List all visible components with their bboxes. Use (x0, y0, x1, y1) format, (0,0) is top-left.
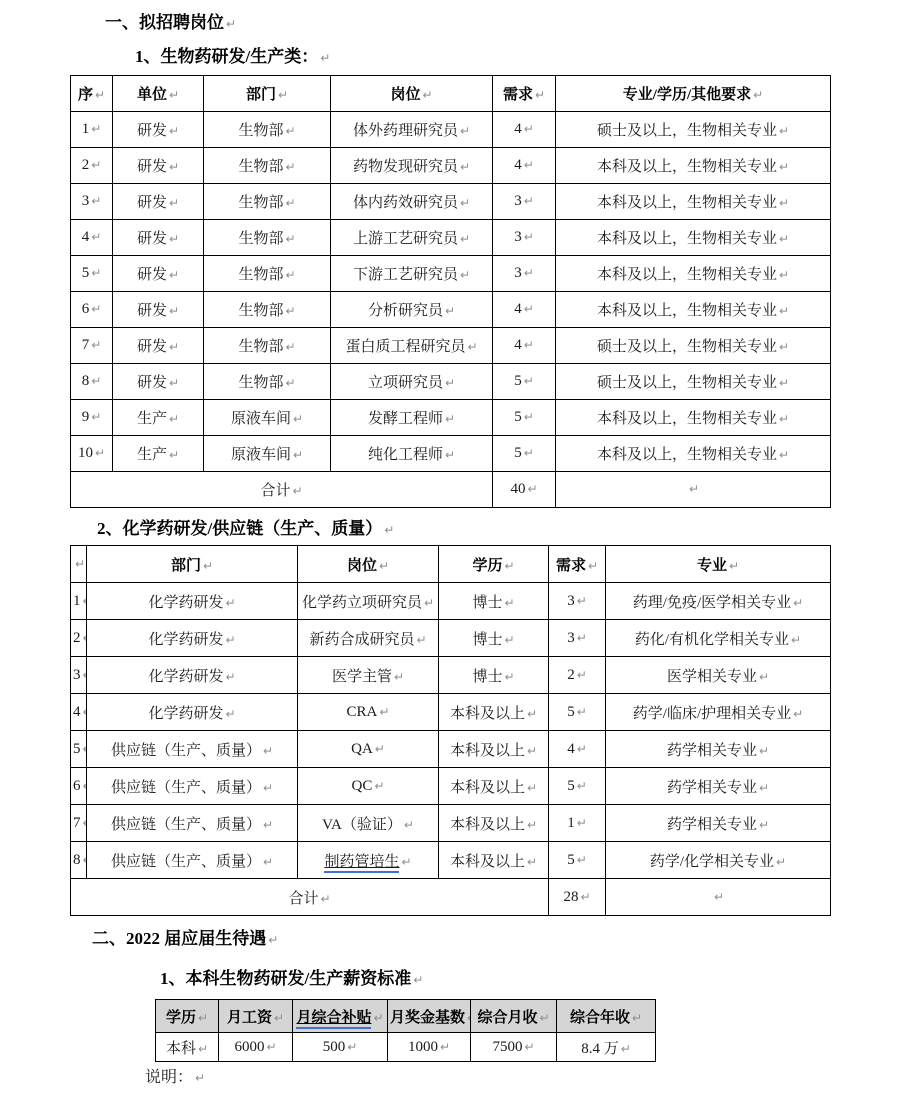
table-cell: 化学药研发↵ (87, 657, 298, 694)
table-cell: 本科及以上，生物相关专业↵ (556, 148, 831, 184)
cell-text: 3 (567, 630, 575, 646)
cell-text: 5 (514, 409, 522, 425)
cell-text: QA (351, 741, 373, 757)
cell-text: 供应链（生产、质量） (111, 743, 261, 759)
table-cell: 3↵ (71, 657, 87, 694)
table-cell: 发酵工程师↵ (331, 400, 493, 436)
sub2-heading-text: 2、化学药研发/供应链（生产、质量） (97, 519, 382, 538)
section2-heading-text: 二、2022 届应届生待遇 (92, 929, 266, 948)
paragraph-mark: ↵ (83, 631, 87, 645)
paragraph-mark: ↵ (779, 412, 789, 426)
total-row: 合计↵ 28↵ ↵ (71, 879, 831, 916)
table-row: 本科↵6000↵500↵1000↵7500↵8.4 万↵ (156, 1033, 656, 1062)
paragraph-mark: ↵ (524, 338, 534, 352)
table-cell: 体内药效研究员↵ (331, 184, 493, 220)
header-cell: 月奖金基数↵ (388, 1000, 471, 1033)
cell-text: 医学相关专业 (667, 669, 757, 685)
table-cell: 研发↵ (113, 220, 204, 256)
header-cell: 需求↵ (549, 546, 606, 583)
paragraph-mark: ↵ (83, 853, 87, 867)
paragraph-mark: ↵ (285, 304, 295, 318)
cell-text: 药学相关专业 (667, 743, 757, 759)
cell-text: 4 (514, 337, 522, 353)
cell-text: 药理/免疫/医学相关专业 (633, 595, 791, 611)
cell-text: 硕士及以上，生物相关专业 (597, 123, 777, 139)
table-cell: 生物部↵ (204, 328, 331, 364)
total-value: 28 (563, 889, 578, 905)
table-cell: 1000↵ (388, 1033, 471, 1062)
table-cell: 博士↵ (439, 620, 549, 657)
section1-heading-text: 一、拟招聘岗位 (105, 13, 224, 32)
paragraph-mark: ↵ (779, 160, 789, 174)
table-cell: VA（验证）↵ (298, 805, 439, 842)
cell-text: 1 (567, 815, 575, 831)
paragraph-mark: ↵ (577, 742, 587, 756)
table-cell: 药学/临床/护理相关专业↵ (606, 694, 831, 731)
table-cell: 硕士及以上，生物相关专业↵ (556, 112, 831, 148)
table-cell: 生物部↵ (204, 148, 331, 184)
cell-text: 9 (82, 409, 90, 425)
table-cell: 3↵ (549, 583, 606, 620)
cell-text: 生物部 (238, 375, 283, 391)
section1-heading: 一、拟招聘岗位↵ (105, 8, 236, 33)
paragraph-mark: ↵ (714, 890, 724, 904)
paragraph-mark: ↵ (539, 1011, 549, 1025)
table-cell: 生物部↵ (204, 112, 331, 148)
cell-text: 3 (514, 265, 522, 281)
table-cell: 药学相关专业↵ (606, 768, 831, 805)
cell-text: 硕士及以上，生物相关专业 (597, 375, 777, 391)
cell-text: 学历 (166, 1010, 196, 1026)
table-cell: QA↵ (298, 731, 439, 768)
cell-text: 1 (82, 121, 90, 137)
cell-text: 药化/有机化学相关专业 (635, 632, 789, 648)
cell-text: 化学药立项研究员 (302, 595, 422, 611)
paragraph-mark: ↵ (195, 1071, 205, 1085)
cell-text: 6 (73, 778, 81, 794)
paragraph-mark: ↵ (776, 855, 786, 869)
paragraph-mark: ↵ (689, 482, 699, 496)
cell-text: 本科及以上，生物相关专业 (597, 231, 777, 247)
paragraph-mark: ↵ (404, 818, 414, 832)
table-row: 10↵生产↵原液车间↵纯化工程师↵5↵本科及以上，生物相关专业↵ (71, 436, 831, 472)
recruit-table-bio: 序↵单位↵部门↵岗位↵需求↵专业/学历/其他要求↵ 1↵研发↵生物部↵体外药理研… (70, 75, 831, 508)
cell-text: 体外药理研究员 (353, 123, 458, 139)
header-cell: 学历↵ (439, 546, 549, 583)
table-row: 7↵研发↵生物部↵蛋白质工程研究员↵4↵硕士及以上，生物相关专业↵ (71, 328, 831, 364)
cell-text: 化学药研发 (148, 669, 223, 685)
paragraph-mark: ↵ (621, 1042, 631, 1056)
table-cell: 4↵ (71, 220, 113, 256)
paragraph-mark: ↵ (285, 340, 295, 354)
table-cell: 4↵ (493, 112, 556, 148)
table-cell: 药学相关专业↵ (606, 731, 831, 768)
table-cell: 5↵ (549, 768, 606, 805)
paragraph-mark: ↵ (83, 779, 87, 793)
paragraph-mark: ↵ (527, 744, 537, 758)
paragraph-mark: ↵ (460, 232, 470, 246)
table-cell: 4↵ (549, 731, 606, 768)
paragraph-mark: ↵ (394, 670, 404, 684)
section2-heading: 二、2022 届应届生待遇↵ (92, 924, 278, 949)
cell-text: 供应链（生产、质量） (111, 817, 261, 833)
paragraph-mark: ↵ (460, 160, 470, 174)
cell-text: 本科及以上，生物相关专业 (597, 411, 777, 427)
paragraph-mark: ↵ (527, 855, 537, 869)
paragraph-mark: ↵ (577, 816, 587, 830)
paragraph-mark: ↵ (504, 559, 514, 573)
cell-text: 发酵工程师 (368, 411, 443, 427)
cell-text: 生物部 (238, 123, 283, 139)
table-header-row: 序↵单位↵部门↵岗位↵需求↵专业/学历/其他要求↵ (71, 76, 831, 112)
cell-text: 7500 (492, 1039, 522, 1055)
cell-text: 部门 (171, 558, 201, 574)
cell-text: 5 (567, 778, 575, 794)
note-label-text: 说明： (145, 1069, 193, 1086)
cell-text: 学历 (472, 558, 502, 574)
table-cell: 药理/免疫/医学相关专业↵ (606, 583, 831, 620)
total-label-cell: 合计↵ (71, 472, 493, 508)
table-cell: 本科及以上↵ (439, 842, 549, 879)
paragraph-mark: ↵ (263, 818, 273, 832)
cell-text: 需求 (503, 87, 533, 103)
table-cell: 5↵ (71, 256, 113, 292)
cell-text: 硕士及以上，生物相关专业 (597, 339, 777, 355)
cell-text: 5 (514, 445, 522, 461)
table-cell: 生产↵ (113, 400, 204, 436)
paragraph-mark: ↵ (169, 88, 179, 102)
paragraph-mark: ↵ (226, 17, 236, 31)
table-row: 8↵研发↵生物部↵立项研究员↵5↵硕士及以上，生物相关专业↵ (71, 364, 831, 400)
paragraph-mark: ↵ (225, 707, 235, 721)
table-cell: 生物部↵ (204, 256, 331, 292)
table-row: 6↵研发↵生物部↵分析研究员↵4↵本科及以上，生物相关专业↵ (71, 292, 831, 328)
table-row: 3↵研发↵生物部↵体内药效研究员↵3↵本科及以上，生物相关专业↵ (71, 184, 831, 220)
paragraph-mark: ↵ (285, 160, 295, 174)
table-cell: 药学/化学相关专业↵ (606, 842, 831, 879)
cell-text: 研发 (137, 231, 167, 247)
paragraph-mark: ↵ (268, 933, 278, 947)
paragraph-mark: ↵ (373, 1011, 383, 1025)
paragraph-mark: ↵ (285, 124, 295, 138)
cell-text: 8 (82, 373, 90, 389)
header-cell: 岗位↵ (298, 546, 439, 583)
cell-text: 本科及以上，生物相关专业 (597, 159, 777, 175)
paragraph-mark: ↵ (83, 668, 87, 682)
cell-text: 2 (567, 667, 575, 683)
cell-text: 本科及以上 (450, 706, 525, 722)
table-row: 3↵化学药研发↵医学主管↵博士↵2↵医学相关专业↵ (71, 657, 831, 694)
sub2-heading: 2、化学药研发/供应链（生产、质量）↵ (97, 514, 394, 539)
table-cell: 生物部↵ (204, 220, 331, 256)
cell-text: 1000 (408, 1039, 438, 1055)
header-cell: 综合年收↵ (557, 1000, 656, 1033)
header-cell: 岗位↵ (331, 76, 493, 112)
cell-text: 下游工艺研究员 (353, 267, 458, 283)
paragraph-mark: ↵ (535, 88, 545, 102)
table-cell: 3↵ (493, 184, 556, 220)
paragraph-mark: ↵ (169, 376, 179, 390)
table-cell: 本科↵ (156, 1033, 219, 1062)
table-cell: 药学相关专业↵ (606, 805, 831, 842)
table-cell: 7↵ (71, 328, 113, 364)
paragraph-mark: ↵ (91, 158, 101, 172)
table-cell: 供应链（生产、质量）↵ (87, 805, 298, 842)
paragraph-mark: ↵ (460, 268, 470, 282)
paragraph-mark: ↵ (83, 816, 87, 830)
paragraph-mark: ↵ (285, 376, 295, 390)
header-cell: 专业/学历/其他要求↵ (556, 76, 831, 112)
table-cell: 5↵ (493, 400, 556, 436)
table-cell: 4↵ (493, 328, 556, 364)
table-cell: 2↵ (71, 620, 87, 657)
total-label: 合计 (288, 891, 318, 907)
paragraph-mark: ↵ (91, 302, 101, 316)
table-cell: 原液车间↵ (204, 436, 331, 472)
cell-text: 4 (514, 301, 522, 317)
table-cell: 医学主管↵ (298, 657, 439, 694)
table-cell: 硕士及以上，生物相关专业↵ (556, 364, 831, 400)
table-cell: 本科及以上，生物相关专业↵ (556, 184, 831, 220)
table-header-row: ↵部门↵岗位↵学历↵需求↵专业↵ (71, 546, 831, 583)
paragraph-mark: ↵ (422, 88, 432, 102)
header-cell: 学历↵ (156, 1000, 219, 1033)
table-cell: 分析研究员↵ (331, 292, 493, 328)
paragraph-mark: ↵ (169, 412, 179, 426)
total-empty-cell: ↵ (556, 472, 831, 508)
cell-text: 新药合成研究员 (309, 632, 414, 648)
paragraph-mark: ↵ (416, 633, 426, 647)
table-cell: 药物发现研究员↵ (331, 148, 493, 184)
paragraph-mark: ↵ (759, 818, 769, 832)
cell-text: 研发 (137, 195, 167, 211)
table-cell: 本科及以上↵ (439, 805, 549, 842)
table-cell: 纯化工程师↵ (331, 436, 493, 472)
total-label-cell: 合计↵ (71, 879, 549, 916)
cell-text: 3 (73, 667, 81, 683)
cell-text: 5 (567, 852, 575, 868)
cell-text: 3 (567, 593, 575, 609)
table-cell: 本科及以上，生物相关专业↵ (556, 292, 831, 328)
header-cell: 序↵ (71, 76, 113, 112)
cell-text: 化学药研发 (148, 632, 223, 648)
table-row: 5↵供应链（生产、质量）↵QA↵本科及以上↵4↵药学相关专业↵ (71, 731, 831, 768)
cell-text: 研发 (137, 303, 167, 319)
cell-text: 体内药效研究员 (353, 195, 458, 211)
paragraph-mark: ↵ (779, 196, 789, 210)
header-cell: 综合月收↵ (471, 1000, 557, 1033)
sub1-heading-text: 1、生物药研发/生产类： (135, 47, 318, 66)
paragraph-mark: ↵ (524, 374, 534, 388)
table-cell: 6↵ (71, 768, 87, 805)
paragraph-mark: ↵ (83, 594, 87, 608)
paragraph-mark: ↵ (293, 412, 303, 426)
table-cell: 3↵ (71, 184, 113, 220)
paragraph-mark: ↵ (527, 818, 537, 832)
paragraph-mark: ↵ (263, 744, 273, 758)
table-cell: 5↵ (493, 364, 556, 400)
paragraph-mark: ↵ (263, 855, 273, 869)
cell-text: 500 (323, 1039, 346, 1055)
cell-text: 博士 (472, 595, 502, 611)
paragraph-mark: ↵ (524, 410, 534, 424)
document-page: { "marks": { "pilcrow": "↵" }, "colors":… (0, 0, 903, 1107)
paragraph-mark: ↵ (524, 194, 534, 208)
table-cell: 原液车间↵ (204, 400, 331, 436)
table-cell: 10↵ (71, 436, 113, 472)
cell-text: QC (352, 778, 373, 794)
table-cell: 本科及以上，生物相关专业↵ (556, 400, 831, 436)
paragraph-mark: ↵ (424, 596, 434, 610)
table-row: 5↵研发↵生物部↵下游工艺研究员↵3↵本科及以上，生物相关专业↵ (71, 256, 831, 292)
paragraph-mark: ↵ (198, 1042, 208, 1056)
table-header-row: 学历↵月工资↵月综合补贴↵月奖金基数↵综合月收↵综合年收↵ (156, 1000, 656, 1033)
paragraph-mark: ↵ (577, 853, 587, 867)
table-cell: 本科及以上↵ (439, 694, 549, 731)
cell-text: CRA (347, 704, 378, 720)
paragraph-mark: ↵ (384, 523, 394, 537)
cell-text: 4 (73, 704, 81, 720)
cell-text: 4 (514, 121, 522, 137)
paragraph-mark: ↵ (793, 596, 803, 610)
cell-text: 序 (78, 87, 93, 103)
table-cell: 4↵ (493, 292, 556, 328)
table-cell: 供应链（生产、质量）↵ (87, 842, 298, 879)
header-cell: 月综合补贴↵ (293, 1000, 388, 1033)
table-cell: 体外药理研究员↵ (331, 112, 493, 148)
paragraph-mark: ↵ (580, 890, 590, 904)
paragraph-mark: ↵ (527, 482, 537, 496)
paragraph-mark: ↵ (169, 268, 179, 282)
paragraph-mark: ↵ (445, 376, 455, 390)
cell-text: 上游工艺研究员 (353, 231, 458, 247)
table-cell: 生物部↵ (204, 292, 331, 328)
header-cell: 单位↵ (113, 76, 204, 112)
table-cell: 6↵ (71, 292, 113, 328)
paragraph-mark: ↵ (524, 158, 534, 172)
cell-text: 本科及以上 (450, 854, 525, 870)
paragraph-mark: ↵ (83, 705, 87, 719)
cell-text: 纯化工程师 (368, 447, 443, 463)
paragraph-mark: ↵ (375, 742, 385, 756)
cell-text: 本科及以上，生物相关专业 (597, 267, 777, 283)
cell-text: 药学/临床/护理相关专业 (633, 706, 791, 722)
cell-text: 药学/化学相关专业 (650, 854, 774, 870)
cell-text: 综合年收 (570, 1010, 630, 1026)
paragraph-mark: ↵ (225, 596, 235, 610)
paragraph-mark: ↵ (91, 338, 101, 352)
table-cell: 本科及以上↵ (439, 731, 549, 768)
table-cell: 供应链（生产、质量）↵ (87, 768, 298, 805)
total-value-cell: 40↵ (493, 472, 556, 508)
cell-text: 制药管培生 (324, 854, 399, 873)
paragraph-mark: ↵ (577, 779, 587, 793)
paragraph-mark: ↵ (527, 707, 537, 721)
paragraph-mark: ↵ (169, 232, 179, 246)
table-cell: 5↵ (549, 842, 606, 879)
table-cell: 供应链（生产、质量）↵ (87, 731, 298, 768)
cell-text: 生产 (137, 411, 167, 427)
paragraph-mark: ↵ (293, 448, 303, 462)
paragraph-mark: ↵ (320, 51, 330, 65)
table-cell: 新药合成研究员↵ (298, 620, 439, 657)
cell-text: 研发 (137, 339, 167, 355)
cell-text: 生物部 (238, 159, 283, 175)
paragraph-mark: ↵ (779, 232, 789, 246)
paragraph-mark: ↵ (779, 376, 789, 390)
paragraph-mark: ↵ (278, 88, 288, 102)
table-cell: 研发↵ (113, 328, 204, 364)
cell-text: 2 (73, 630, 81, 646)
paragraph-mark: ↵ (91, 410, 101, 424)
table-cell: 8↵ (71, 364, 113, 400)
total-value: 40 (510, 481, 525, 497)
cell-text: 蛋白质工程研究员 (345, 339, 465, 355)
sub3-heading: 1、本科生物药研发/生产薪资标准↵ (160, 964, 423, 989)
table-cell: 博士↵ (439, 657, 549, 694)
table-cell: 本科及以上↵ (439, 768, 549, 805)
sub1-heading: 1、生物药研发/生产类：↵ (135, 42, 330, 67)
paragraph-mark: ↵ (632, 1011, 642, 1025)
table-row: 2↵研发↵生物部↵药物发现研究员↵4↵本科及以上，生物相关专业↵ (71, 148, 831, 184)
paragraph-mark: ↵ (779, 124, 789, 138)
table-cell: 本科及以上，生物相关专业↵ (556, 220, 831, 256)
cell-text: 5 (567, 704, 575, 720)
table-cell: 9↵ (71, 400, 113, 436)
paragraph-mark: ↵ (95, 88, 105, 102)
paragraph-mark: ↵ (793, 707, 803, 721)
paragraph-mark: ↵ (198, 1011, 208, 1025)
cell-text: 化学药研发 (148, 595, 223, 611)
cell-text: 10 (78, 445, 93, 461)
cell-text: 单位 (137, 87, 167, 103)
paragraph-mark: ↵ (169, 340, 179, 354)
paragraph-mark: ↵ (577, 631, 587, 645)
paragraph-mark: ↵ (588, 559, 598, 573)
table-cell: 本科及以上，生物相关专业↵ (556, 436, 831, 472)
table-cell: 研发↵ (113, 112, 204, 148)
cell-text: 博士 (472, 632, 502, 648)
cell-text: 供应链（生产、质量） (111, 780, 261, 796)
header-cell: ↵ (71, 546, 87, 583)
table-row: 9↵生产↵原液车间↵发酵工程师↵5↵本科及以上，生物相关专业↵ (71, 400, 831, 436)
paragraph-mark: ↵ (203, 559, 213, 573)
cell-text: 6000 (234, 1039, 264, 1055)
table-cell: 500↵ (293, 1033, 388, 1062)
paragraph-mark: ↵ (169, 160, 179, 174)
paragraph-mark: ↵ (759, 781, 769, 795)
sub3-heading-text: 1、本科生物药研发/生产薪资标准 (160, 969, 411, 988)
table-row: 6↵供应链（生产、质量）↵QC↵本科及以上↵5↵药学相关专业↵ (71, 768, 831, 805)
table-cell: 上游工艺研究员↵ (331, 220, 493, 256)
paragraph-mark: ↵ (759, 670, 769, 684)
paragraph-mark: ↵ (779, 340, 789, 354)
paragraph-mark: ↵ (91, 122, 101, 136)
header-cell: 需求↵ (493, 76, 556, 112)
cell-text: 7 (73, 815, 81, 831)
table-cell: 药化/有机化学相关专业↵ (606, 620, 831, 657)
table-row: 4↵研发↵生物部↵上游工艺研究员↵3↵本科及以上，生物相关专业↵ (71, 220, 831, 256)
salary-table: 学历↵月工资↵月综合补贴↵月奖金基数↵综合月收↵综合年收↵ 本科↵6000↵50… (155, 999, 656, 1062)
paragraph-mark: ↵ (577, 705, 587, 719)
table-cell: 生物部↵ (204, 184, 331, 220)
table-cell: 6000↵ (219, 1033, 293, 1062)
paragraph-mark: ↵ (169, 448, 179, 462)
table-cell: 研发↵ (113, 184, 204, 220)
cell-text: 岗位 (390, 87, 420, 103)
paragraph-mark: ↵ (263, 781, 273, 795)
table-cell: 生产↵ (113, 436, 204, 472)
